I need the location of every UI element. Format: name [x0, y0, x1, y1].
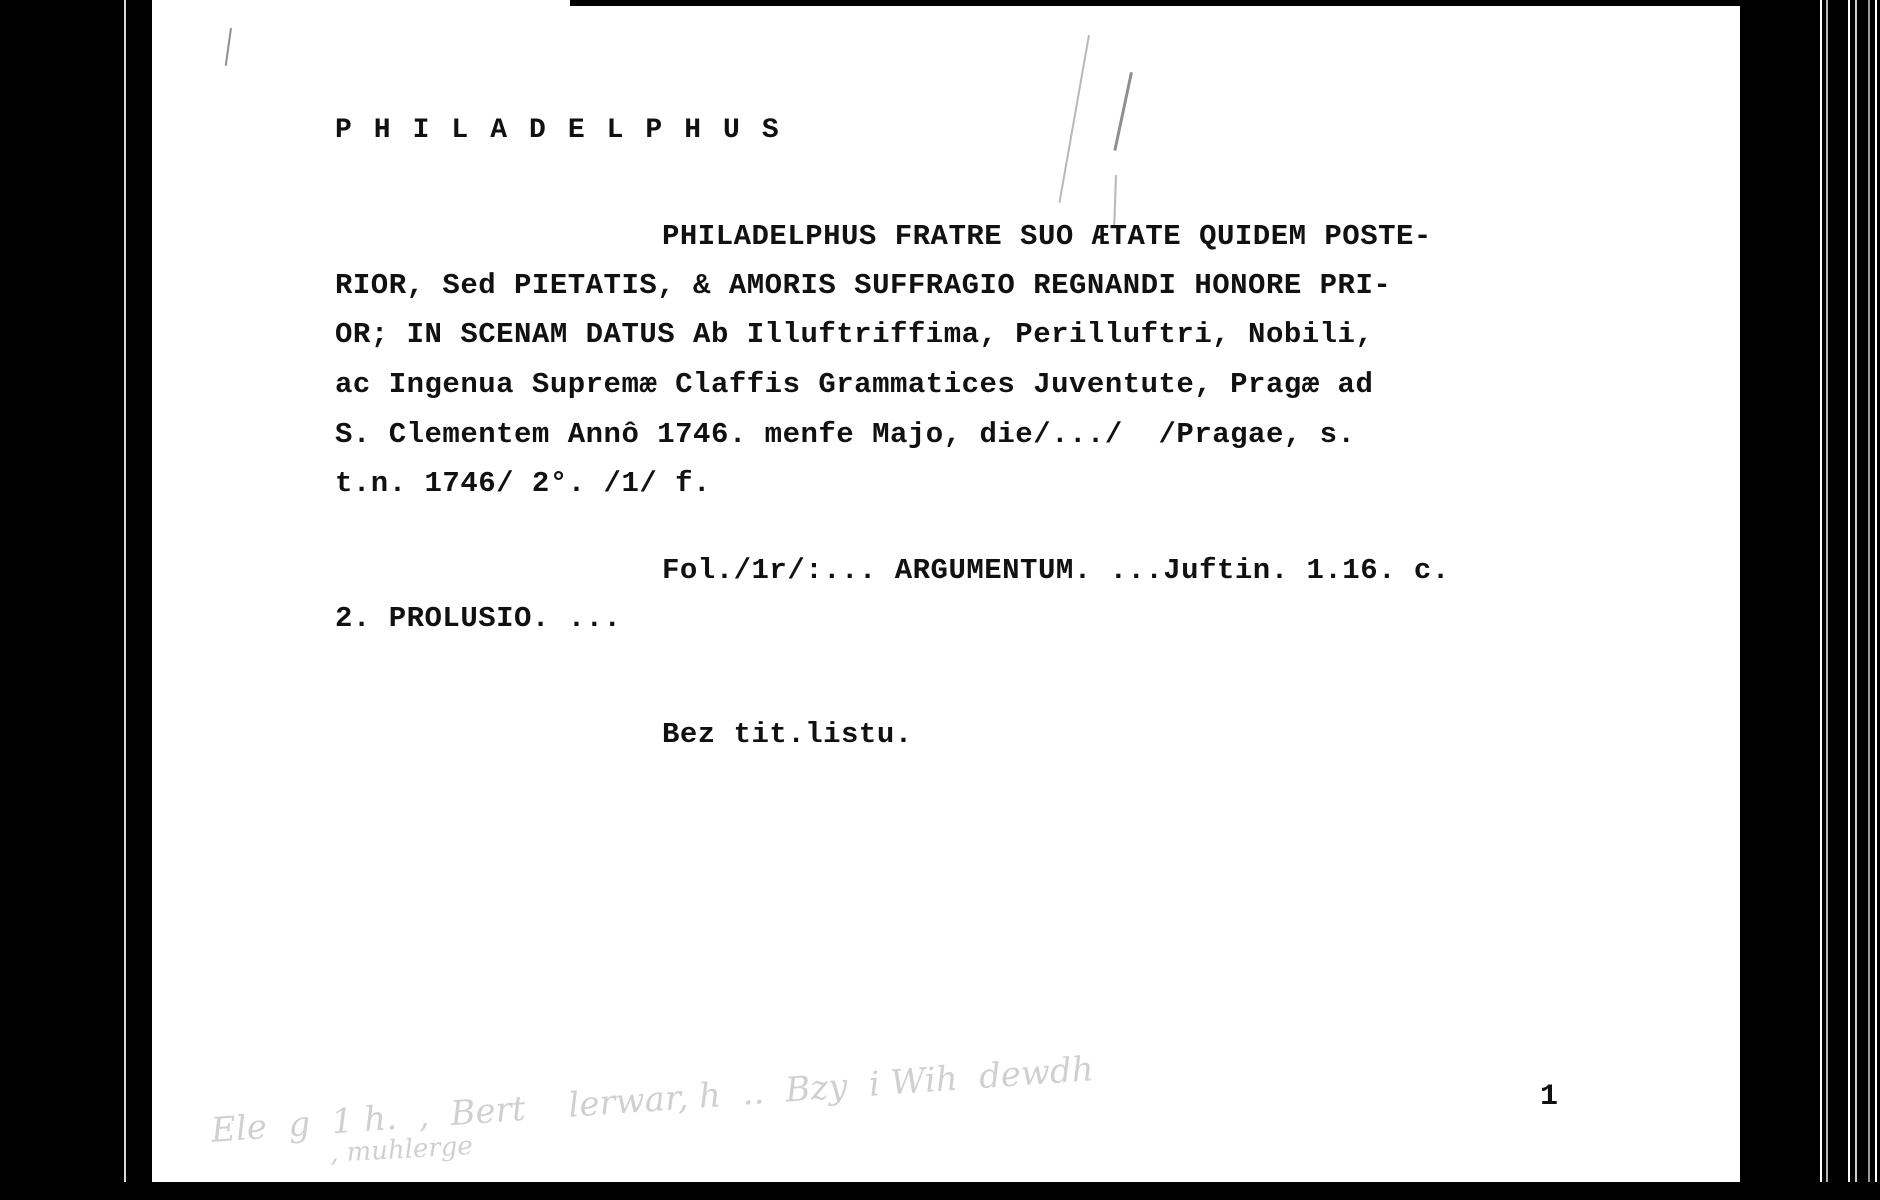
catalog-card	[152, 0, 1740, 1182]
contents-line: 2. PROLUSIO. ...	[335, 604, 621, 633]
scan-border-top	[570, 0, 1740, 6]
scan-artifact-line	[124, 0, 126, 1200]
title-line: OR; IN SCENAM DATUS Ab Illuftriffima, Pe…	[335, 320, 1373, 349]
entry-heading: PHILADELPHUS	[335, 116, 801, 145]
page-number: 1	[1540, 1080, 1558, 1114]
scan-border-left	[0, 0, 152, 1200]
scan-border-bottom	[0, 1182, 1880, 1200]
title-line: S. Clementem Annô 1746. menfe Majo, die/…	[335, 420, 1355, 449]
title-line: PHILADELPHUS FRATRE SUO ÆTATE QUIDEM POS…	[662, 222, 1432, 251]
scan-border-right	[1740, 0, 1880, 1200]
title-line: RIOR, Sed PIETATIS, & AMORIS SUFFRAGIO R…	[335, 271, 1391, 300]
note: Bez tit.listu.	[662, 720, 913, 749]
title-line: ac Ingenua Supremæ Claffis Grammatices J…	[335, 370, 1373, 399]
contents-line: Fol./1r/:... ARGUMENTUM. ...Juftin. 1.16…	[662, 556, 1450, 585]
title-line: t.n. 1746/ 2°. /1/ f.	[335, 469, 711, 498]
